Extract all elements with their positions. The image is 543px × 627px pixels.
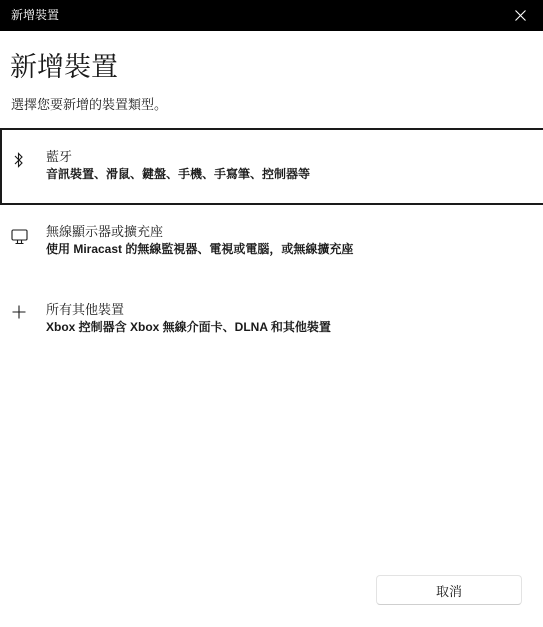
monitor-icon — [10, 228, 28, 246]
cancel-button[interactable]: 取消 — [376, 575, 522, 605]
option-label: 所有其他裝置 — [46, 302, 124, 318]
option-label: 藍牙 — [46, 149, 72, 165]
bluetooth-icon — [10, 151, 28, 169]
option-wireless-display[interactable]: 無線顯示器或擴充座 使用 Miracast 的無線監視器、電視或電腦，或無線擴充… — [0, 222, 543, 266]
option-everything-else[interactable]: 所有其他裝置 Xbox 控制器含 Xbox 無線介面卡、DLNA 和其他裝置 — [0, 300, 543, 344]
window-title: 新增裝置 — [11, 8, 59, 22]
add-device-dialog: 新增裝置 新增裝置 選擇您要新增的裝置類型。 藍牙 音訊裝置、滑鼠、鍵盤、手機、… — [0, 0, 543, 627]
option-description: 音訊裝置、滑鼠、鍵盤、手機、手寫筆、控制器等 — [46, 167, 310, 182]
close-button[interactable] — [497, 0, 543, 31]
option-bluetooth[interactable]: 藍牙 音訊裝置、滑鼠、鍵盤、手機、手寫筆、控制器等 — [0, 128, 543, 205]
option-description: 使用 Miracast 的無線監視器、電視或電腦，或無線擴充座 — [46, 242, 353, 257]
page-subtitle: 選擇您要新增的裝置類型。 — [11, 97, 167, 113]
title-bar[interactable]: 新增裝置 — [0, 0, 543, 31]
page-title: 新增裝置 — [10, 51, 118, 83]
close-icon — [515, 10, 526, 21]
option-description: Xbox 控制器含 Xbox 無線介面卡、DLNA 和其他裝置 — [46, 320, 331, 335]
option-label: 無線顯示器或擴充座 — [46, 224, 163, 240]
plus-icon — [10, 303, 28, 321]
